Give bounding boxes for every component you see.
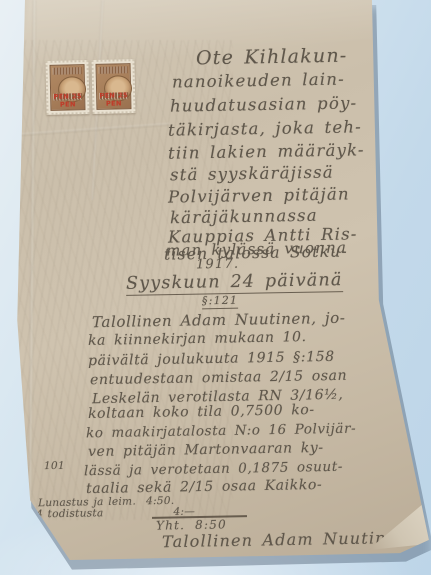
revenue-stamp-left: PEN 25 PEN [45, 60, 89, 115]
revenue-stamp-right: PEN 25 PEN [91, 59, 135, 114]
year-line: 1917. [196, 257, 239, 273]
date-heading: Syyskuun 24 päivänä [126, 270, 343, 296]
body-line: taalia sekä 2/15 osaa Kaikko- [86, 477, 323, 497]
header-line: nanoikeuden lain- [172, 69, 345, 91]
margin-note: 101 [44, 460, 65, 472]
stamp-denomination: PEN 25 PEN [51, 92, 84, 109]
body-line: entuudestaan omistaa 2/15 osan [90, 368, 347, 388]
header-line: huudatusasian pöy- [170, 93, 358, 115]
body-line: Talollinen Adam Nuutinen, jo- [92, 309, 346, 331]
photo-of-document: PEN 25 PEN PEN 25 PEN Ote Kihlakun- nano… [0, 0, 431, 575]
body-line: lässä ja verotetaan 0,1875 osuut- [84, 459, 343, 480]
body-line: ko maakirjatalosta N:o 16 Polvijär- [86, 421, 356, 442]
stamp-top-band [99, 66, 128, 74]
body-line: ven pitäjän Martonvaaran ky- [88, 440, 324, 460]
document-paper: PEN 25 PEN PEN 25 PEN Ote Kihlakun- nano… [0, 0, 431, 575]
header-line: täkirjasta, joka teh- [168, 117, 362, 139]
paper-corner-fold [368, 498, 430, 550]
header-line: man kylässä vuonna [166, 238, 347, 259]
stamp-engraving: PEN 25 PEN [50, 64, 86, 111]
header-line: käräjäkunnassa [170, 206, 318, 228]
fee-total-label: Yht. [156, 518, 185, 533]
section-mark: §:121 [202, 294, 238, 310]
header-line: Ote Kihlakun- [196, 45, 348, 70]
header-line: stä syyskäräjissä [170, 163, 334, 185]
body-line: ka kiinnekirjan mukaan 10. [88, 329, 307, 349]
body-line: päivältä joulukuuta 1915 §:158 [88, 349, 335, 369]
body-line: koltaan koko tila 0,7500 ko- [88, 402, 315, 422]
stamp-denomination: PEN 25 PEN [97, 91, 130, 108]
fee-label: 4 todistusta [36, 507, 104, 520]
revenue-stamp-pair: PEN 25 PEN PEN 25 PEN [45, 59, 135, 115]
header-line: Polvijärven pitäjän [168, 184, 350, 206]
fee-total-amount: 8:50 [195, 517, 227, 532]
stamp-engraving: PEN 25 PEN [96, 63, 132, 110]
stamp-top-band [53, 67, 82, 75]
header-line: tiin lakien määräyk- [168, 140, 365, 162]
